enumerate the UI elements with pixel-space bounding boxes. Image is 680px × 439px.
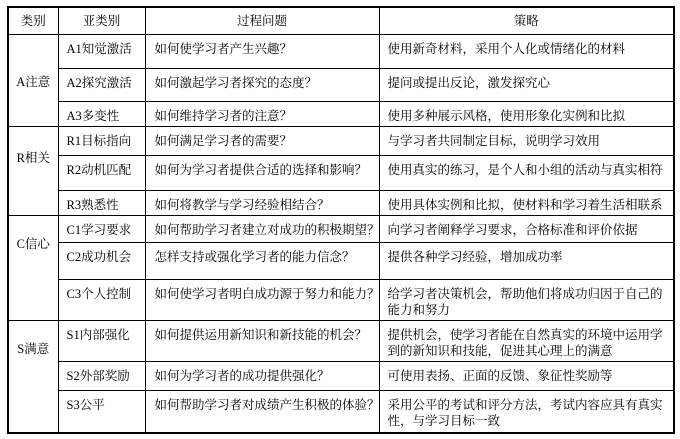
question-cell: 如何将教学与学习经验相结合？ xyxy=(145,190,379,215)
table-row: A注意A1知觉激活如何使学习者产生兴趣？使用新奇材料，采用个人化或情绪化的材料 xyxy=(8,34,674,68)
subcategory-cell: C1学习要求 xyxy=(58,215,145,242)
table-row: R相关R1目标指向如何满足学习者的需要？与学习者共同制定目标，说明学习效用 xyxy=(8,126,674,155)
subcategory-cell: C3个人控制 xyxy=(58,279,145,320)
question-cell: 如何激起学习者探究的态度？ xyxy=(145,68,379,101)
col-header-question: 过程问题 xyxy=(145,7,379,34)
question-cell: 如何使学习者产生兴趣？ xyxy=(145,34,379,68)
subcategory-cell: S2外部奖励 xyxy=(58,361,145,390)
subcategory-cell: C2成功机会 xyxy=(58,242,145,279)
subcategory-cell: S3公平 xyxy=(58,390,145,433)
col-header-strategy: 策略 xyxy=(379,7,674,34)
table-row: C3个人控制如何使学习者明白成功源于努力和能力？给学习者决策机会，帮助他们将成功… xyxy=(8,279,674,320)
table-row: A2探究激活如何激起学习者探究的态度？提问或提出反论，激发探究心 xyxy=(8,68,674,101)
subcategory-cell: A2探究激活 xyxy=(58,68,145,101)
question-cell: 如何使学习者明白成功源于努力和能力？ xyxy=(145,279,379,320)
question-cell: 如何帮助学习者对成绩产生积极的体验？ xyxy=(145,390,379,433)
strategy-cell: 提供机会，使学习者能在自然真实的环境中运用学到的新知识和技能，促进其心理上的满意 xyxy=(379,320,674,361)
strategy-cell: 使用真实的练习，是个人和小组的活动与真实相符 xyxy=(379,155,674,190)
table-row: S2外部奖励如何为学习者的成功提供强化？可使用表扬、正面的反馈、象征性奖励等 xyxy=(8,361,674,390)
strategy-cell: 使用具体实例和比拟，使材料和学习着生活相联系 xyxy=(379,190,674,215)
subcategory-cell: R1目标指向 xyxy=(58,126,145,155)
table-row: S3公平如何帮助学习者对成绩产生积极的体验？采用公平的考试和评分方法，考试内容应… xyxy=(8,390,674,433)
strategy-cell: 使用多种展示风格，使用形象化实例和比拟 xyxy=(379,101,674,126)
subcategory-cell: A3多变性 xyxy=(58,101,145,126)
table-row: A3多变性如何维持学习者的注意？使用多种展示风格，使用形象化实例和比拟 xyxy=(8,101,674,126)
table-row: C2成功机会怎样支持或强化学习者的能力信念？提供各种学习经验，增加成功率 xyxy=(8,242,674,279)
table-row: R3熟悉性如何将教学与学习经验相结合？使用具体实例和比拟，使材料和学习着生活相联… xyxy=(8,190,674,215)
table-header: 类别 亚类别 过程问题 策略 xyxy=(8,7,674,34)
question-cell: 怎样支持或强化学习者的能力信念？ xyxy=(145,242,379,279)
subcategory-cell: R3熟悉性 xyxy=(58,190,145,215)
question-cell: 如何提供运用新知识和新技能的机会？ xyxy=(145,320,379,361)
table-row: R2动机匹配如何为学习者提供合适的选择和影响？使用真实的练习，是个人和小组的活动… xyxy=(8,155,674,190)
question-cell: 如何维持学习者的注意？ xyxy=(145,101,379,126)
question-cell: 如何为学习者的成功提供强化？ xyxy=(145,361,379,390)
strategy-cell: 给学习者决策机会，帮助他们将成功归因于自己的能力和努力 xyxy=(379,279,674,320)
category-label: C信心 xyxy=(11,216,56,252)
col-header-category: 类别 xyxy=(8,7,58,34)
col-header-subcategory: 亚类别 xyxy=(58,7,145,34)
subcategory-cell: A1知觉激活 xyxy=(58,34,145,68)
table-body: A注意A1知觉激活如何使学习者产生兴趣？使用新奇材料，采用个人化或情绪化的材料A… xyxy=(8,34,674,433)
subcategory-cell: S1内部强化 xyxy=(58,320,145,361)
category-cell: A注意 xyxy=(8,34,58,126)
question-cell: 如何为学习者提供合适的选择和影响？ xyxy=(145,155,379,190)
arcs-motivation-table: 类别 亚类别 过程问题 策略 A注意A1知觉激活如何使学习者产生兴趣？使用新奇材… xyxy=(7,6,675,434)
question-cell: 如何满足学习者的需要？ xyxy=(145,126,379,155)
strategy-cell: 采用公平的考试和评分方法，考试内容应具有真实性，与学习目标一致 xyxy=(379,390,674,433)
table-row: C信心C1学习要求如何帮助学习者建立对成功的积极期望？向学习者阐释学习要求，合格… xyxy=(8,215,674,242)
category-cell: S满意 xyxy=(8,320,58,433)
header-row: 类别 亚类别 过程问题 策略 xyxy=(8,7,674,34)
category-label: R相关 xyxy=(11,127,56,166)
strategy-cell: 可使用表扬、正面的反馈、象征性奖励等 xyxy=(379,361,674,390)
category-label: A注意 xyxy=(11,35,56,90)
strategy-cell: 向学习者阐释学习要求，合格标准和评价依据 xyxy=(379,215,674,242)
category-cell: C信心 xyxy=(8,215,58,320)
question-cell: 如何帮助学习者建立对成功的积极期望？ xyxy=(145,215,379,242)
category-cell: R相关 xyxy=(8,126,58,215)
strategy-cell: 提问或提出反论，激发探究心 xyxy=(379,68,674,101)
subcategory-cell: R2动机匹配 xyxy=(58,155,145,190)
strategy-cell: 提供各种学习经验，增加成功率 xyxy=(379,242,674,279)
strategy-cell: 使用新奇材料，采用个人化或情绪化的材料 xyxy=(379,34,674,68)
arcs-table-page: 类别 亚类别 过程问题 策略 A注意A1知觉激活如何使学习者产生兴趣？使用新奇材… xyxy=(7,6,675,434)
category-label: S满意 xyxy=(11,321,56,357)
strategy-cell: 与学习者共同制定目标，说明学习效用 xyxy=(379,126,674,155)
table-row: S满意S1内部强化如何提供运用新知识和新技能的机会？提供机会，使学习者能在自然真… xyxy=(8,320,674,361)
